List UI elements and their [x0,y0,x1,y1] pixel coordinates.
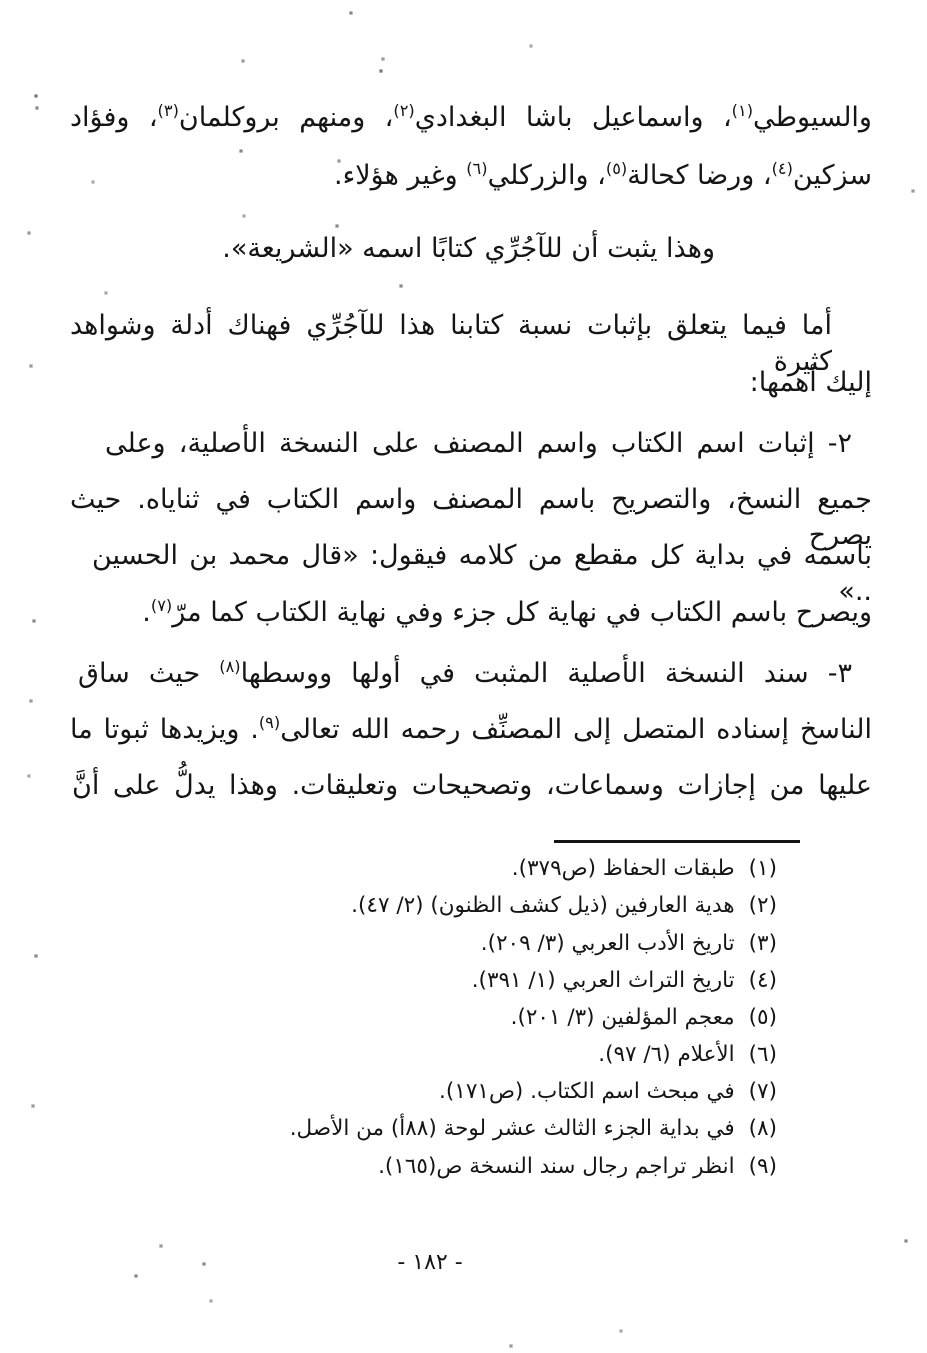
page-number: - ١٨٢ - [360,1250,500,1275]
footnote-text: معجم المؤلفين (٣/ ٢٠١). [511,1005,735,1030]
footnote: (٢)هدية العارفين (ذيل كشف الظنون) (٢/ ٤٧… [351,892,777,920]
footnote-text: تاريخ التراث العربي (١/ ٣٩١). [472,968,735,993]
body-text-line: ٣- سند النسخة الأصلية المثبت في أولها وو… [78,656,852,692]
body-text-line: ٢- إثبات اسم الكتاب واسم المصنف على النس… [105,426,852,462]
footnote-text: في مبحث اسم الكتاب. (ص١٧١). [439,1079,735,1104]
footnote-marker: (٩) [749,1153,777,1181]
body-text-line: عليها من إجازات وسماعات، وتصحيحات وتعليق… [72,768,872,804]
footnote: (٣)تاريخ الأدب العربي (٣/ ٢٠٩). [481,930,777,958]
footnote: (٤)تاريخ التراث العربي (١/ ٣٩١). [472,967,777,995]
footnote-marker: (١) [749,855,777,883]
body-text-line: أما فيما يتعلق بإثبات نسبة كتابنا هذا لل… [70,308,832,381]
footnote-text: في بداية الجزء الثالث عشر لوحة (٨٨أ) من … [290,1116,735,1141]
footnote-text: هدية العارفين (ذيل كشف الظنون) (٢/ ٤٧). [351,893,734,918]
footnote: (٩)انظر تراجم رجال سند النسخة ص(١٦٥). [378,1153,777,1181]
body-text-line: والسيوطي(١)، واسماعيل باشا البغدادي(٢)، … [70,100,872,136]
footnote-marker: (٥) [749,1004,777,1032]
footnote: (١)طبقات الحفاظ (ص٣٧٩). [512,855,777,883]
footnote-marker: (٣) [749,930,777,958]
body-text-line: الناسخ إسناده المتصل إلى المصنِّف رحمه ا… [70,712,872,748]
footnote-marker: (٨) [749,1115,777,1143]
footnote-text: الأعلام (٦/ ٩٧). [598,1042,734,1067]
scanned-book-page: والسيوطي(١)، واسماعيل باشا البغدادي(٢)، … [0,0,927,1353]
footnote-separator [554,840,800,843]
footnote: (٦)الأعلام (٦/ ٩٧). [598,1041,777,1069]
body-text-line: ويصرح باسم الكتاب في نهاية كل جزء وفي نه… [142,595,872,631]
body-text-line: وهذا يثبت أن للآجُرِّي كتابًا اسمه «الشر… [222,231,715,267]
scan-noise [0,0,2,2]
footnote-marker: (٦) [749,1041,777,1069]
footnote-text: انظر تراجم رجال سند النسخة ص(١٦٥). [378,1154,735,1179]
footnote: (٨)في بداية الجزء الثالث عشر لوحة (٨٨أ) … [290,1115,777,1143]
body-text-line: سزكين(٤)، ورضا كحالة(٥)، والزركلي(٦) وغي… [334,158,872,194]
footnote-text: طبقات الحفاظ (ص٣٧٩). [512,856,735,881]
footnote-marker: (٤) [749,967,777,995]
footnote: (٥)معجم المؤلفين (٣/ ٢٠١). [511,1004,777,1032]
footnote-marker: (٧) [749,1078,777,1106]
footnote-text: تاريخ الأدب العربي (٣/ ٢٠٩). [481,931,735,956]
footnote: (٧)في مبحث اسم الكتاب. (ص١٧١). [439,1078,777,1106]
body-text-line: إليك أهمها: [750,365,872,401]
footnote-marker: (٢) [749,892,777,920]
